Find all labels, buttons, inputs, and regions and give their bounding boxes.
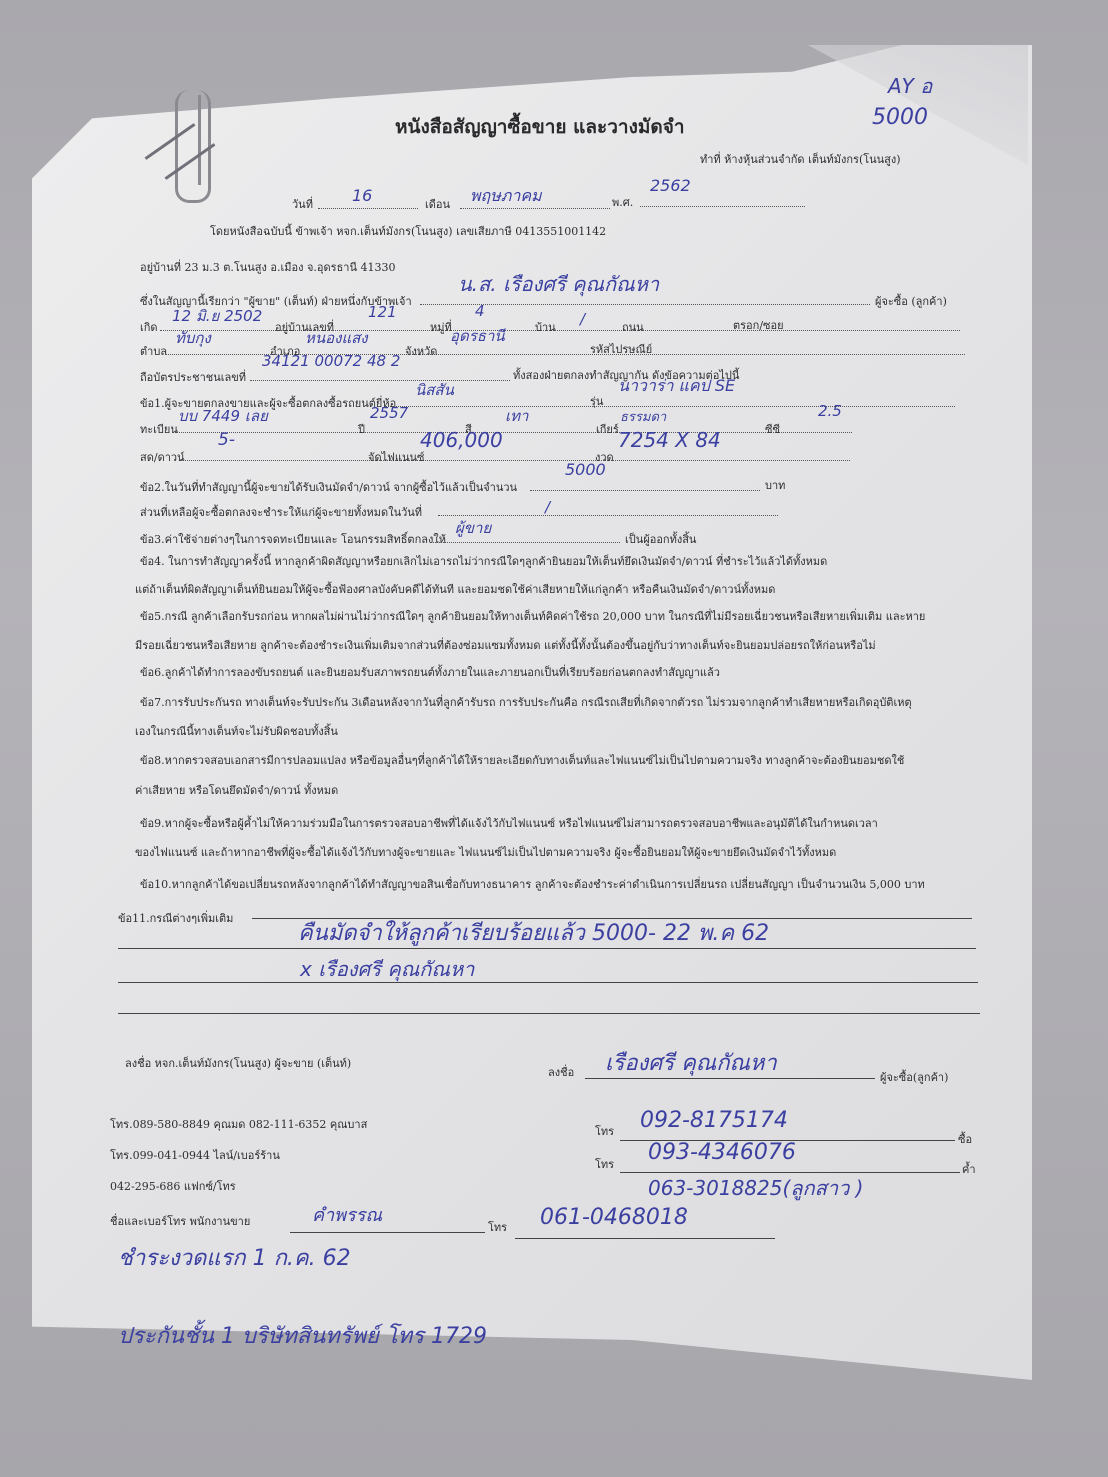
buyer-phone: 092-8175174 (640, 1108, 788, 1133)
clause11-note-1: คืนมัดจำให้ลูกค้าเรียบร้อยแล้ว 5000- 22 … (298, 915, 769, 950)
guarantor-phone: 093-4346076 (648, 1140, 796, 1165)
install-value: 7254 X 84 (618, 428, 721, 452)
clause-line: ข้อ7.การรับประกันรถ ทางเต็นท์จะรับประกัน… (140, 693, 912, 711)
year-value: 2562 (650, 176, 691, 195)
clause-line: ข้อ6.ลูกค้าได้ทำการลองขับรถยนต์ และยินยอ… (140, 663, 720, 681)
subdistrict-label: ตำบล (140, 342, 167, 360)
footer-note-2: ประกันชั้น 1 บริษัทสินทรัพย์ โทร 1729 (118, 1318, 487, 1353)
clause-line: ของไฟแนนซ์ และถ้าหากอาชีพที่ผู้จะซื้อได้… (135, 843, 836, 861)
guarantor-phone-label: โทร (595, 1155, 614, 1173)
clause-line: มีรอยเฉี่ยวชนหรือเสียหาย ลูกค้าจะต้องชำร… (135, 636, 876, 654)
clause-line: ค่าเสียหาย หรือโดนยึดมัดจำ/ดาวน์ ทั้งหมด (135, 781, 338, 799)
seller-contact-2: โทร.099-041-0944 ไลน์/เบอร์ร้าน (110, 1146, 280, 1164)
clause3-label: ข้อ3.ค่าใช้จ่ายต่างๆในการจดทะเบียนและ โอ… (140, 530, 446, 548)
birth-value: 12 มิ.ย 2502 (172, 304, 262, 328)
buyer-phone-label: โทร (595, 1122, 614, 1140)
made-at: ทำที่ ห้างหุ้นส่วนจำกัด เต็นท์มังกร(โนนส… (700, 150, 901, 168)
buyer-signature: เรืองศรี คุณกัณหา (605, 1045, 777, 1080)
address-text: อยู่บ้านที่ 23 ม.3 ต.โนนสูง อ.เมือง จ.อุ… (140, 258, 395, 276)
house-value: 121 (368, 303, 397, 321)
buyer-signature-suffix: ผู้จะซื้อ(ลูกค้า) (880, 1068, 948, 1086)
model-label: รุ่น (590, 392, 603, 410)
province-value: อุดรธานี (450, 324, 505, 348)
day-label: วันที่ (292, 195, 313, 213)
buyer-suffix: ผู้จะซื้อ (ลูกค้า) (875, 292, 947, 310)
reg-label: ทะเบียน (140, 420, 178, 438)
brand-value: นิสสัน (415, 378, 454, 402)
down-value: 5- (218, 430, 235, 450)
finance-label: จัดไฟแนนซ์ (368, 448, 425, 466)
cc-label: ซีซี (765, 420, 780, 438)
id-value: 34121 00072 48 2 (262, 352, 400, 370)
month-value: พฤษภาคม (470, 184, 542, 209)
clause2-label: ข้อ2.ในวันที่ทำสัญญานี้ผู้จะขายได้รับเงิ… (140, 478, 517, 496)
down-label: สด/ดาวน์ (140, 448, 185, 466)
vehicle-year-label: ปี (358, 420, 365, 438)
clause11-note-2: x เรืองศรี คุณกัณหา (300, 953, 474, 985)
clause-line: ข้อ8.หากตรวจสอบเอกสารมีการปลอมแปลง หรือข… (140, 751, 904, 769)
paperclip-icon (175, 90, 211, 203)
cc-value: 2.5 (818, 402, 842, 420)
month-label: เดือน (425, 195, 450, 213)
model-value: นาวาร่า แคป SE (618, 374, 735, 399)
alley-label: ตรอก/ซอย (733, 316, 784, 334)
document-title: หนังสือสัญญาซื้อขาย และวางมัดจำ (395, 112, 685, 142)
seller-contact-3: 042-295-686 แฟกซ์/โทร (110, 1177, 236, 1195)
clause2-unit: บาท (765, 476, 785, 494)
province-label: จังหวัด (405, 342, 437, 360)
birth-label: เกิด (140, 318, 158, 336)
moo-value: 4 (475, 302, 485, 320)
clause-line: ข้อ4. ในการทำสัญญาครั้งนี้ หากลูกค้าผิดส… (140, 552, 827, 570)
clause11-label: ข้อ11.กรณีต่างๆเพิ่มเติม (118, 909, 233, 927)
postal-label: รหัสไปรษณีย์ (590, 340, 652, 358)
clause3-suffix: เป็นผู้ออกทั้งสิ้น (625, 530, 696, 548)
clause-line: แต่ถ้าเต็นท์ผิดสัญญาเต็นท์ยินยอมให้ผู้จะ… (135, 580, 775, 598)
vehicle-year-value: 2557 (370, 404, 408, 422)
staff-phone-label: โทร (488, 1218, 507, 1236)
paperclip-inner (198, 95, 201, 185)
subdistrict-value: ทับกุง (175, 326, 211, 350)
intro-text: โดยหนังสือฉบับนี้ ข้าพเจ้า หจก.เต็นท์มัง… (210, 222, 606, 240)
id-label: ถือบัตรประชาชนเลขที่ (140, 368, 246, 386)
staff-label: ชื่อและเบอร์โทร พนักงานขาย (110, 1212, 250, 1230)
gear-value: ธรรมดา (620, 406, 666, 427)
buyer-name: น.ส. เรืองศรี คุณกัณหา (458, 268, 659, 300)
remaining-label: ส่วนที่เหลือผู้จะซื้อตกลงจะชำระให้แก่ผู้… (140, 503, 422, 521)
village-value: / (580, 310, 585, 328)
reg-value: บบ 7449 เลย (178, 404, 268, 428)
gear-label: เกียร์ (596, 420, 619, 438)
staff-name: คำพรรณ (312, 1200, 382, 1229)
footer-note-1: ชำระงวดแรก 1 ก.ค. 62 (118, 1240, 351, 1275)
clause3-value: ผู้ขาย (455, 516, 491, 540)
finance-value: 406,000 (420, 428, 503, 452)
buyer-phone-suffix: ซื้อ (958, 1130, 972, 1148)
clause2-amount: 5000 (565, 460, 606, 479)
remaining-value: / (545, 498, 550, 516)
corner-note-line1: AY อ (888, 70, 932, 102)
seller-signature-label: ลงชื่อ หจก.เต็นท์มังกร(โนนสูง) ผู้จะขาย … (125, 1054, 351, 1072)
moo-label: หมู่ที่ (430, 318, 452, 336)
clause-line: ข้อ5.กรณี ลูกค้าเลือกรับรถก่อน หากผลไม่ผ… (140, 607, 925, 625)
extra-phone: 063-3018825(ลูกสาว ) (648, 1172, 863, 1204)
buyer-signature-label: ลงชื่อ (548, 1063, 574, 1081)
staff-phone: 061-0468018 (540, 1205, 688, 1230)
year-label: พ.ศ. (612, 193, 633, 211)
corner-note-line2: 5000 (872, 105, 928, 130)
clause-line: เองในกรณีนี้ทางเต็นท์จะไม่รับผิดชอบทั้งส… (135, 722, 338, 740)
road-label: ถนน (622, 318, 644, 336)
color-value: เทา (505, 404, 528, 428)
day-value: 16 (352, 186, 372, 205)
guarantor-phone-suffix: ค้ำ (962, 1160, 976, 1178)
clause-line: ข้อ9.หากผู้จะซื้อหรือผู้ค้ำไม่ให้ความร่ว… (140, 814, 878, 832)
village-label: บ้าน (535, 318, 556, 336)
seller-contact-1: โทร.089-580-8849 คุณมด 082-111-6352 คุณบ… (110, 1115, 367, 1133)
clause-line: ข้อ10.หากลูกค้าได้ขอเปลี่ยนรถหลังจากลูกค… (140, 875, 925, 893)
district-value: หนองแสง (305, 326, 368, 350)
